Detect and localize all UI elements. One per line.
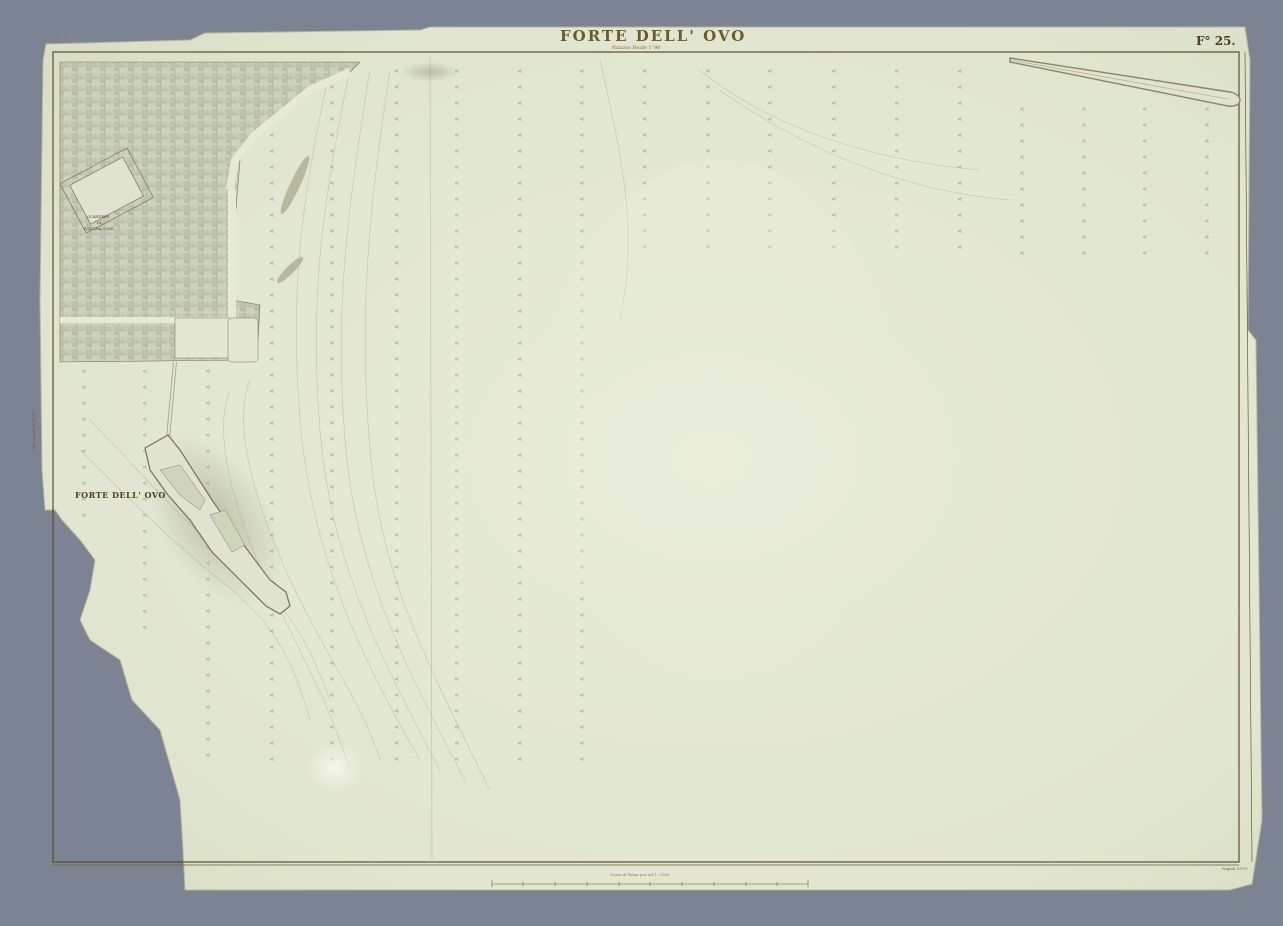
map-subtitle: Palazzo Reale 1°96: [612, 45, 660, 51]
sheet-number: F° 25.: [1196, 34, 1236, 48]
scale-caption: Scala di Palmi per ad 1: 2000: [610, 872, 670, 877]
svg-text:PIZZOFALCONE: PIZZOFALCONE: [84, 227, 114, 231]
place-label-forte-dell-ovo: FORTE DELL' OVO: [75, 490, 166, 500]
map-sheet: ııʃııʃııʃııʃııʃııʃııʃııʃııʃııʃııʃııʃııʃı…: [0, 0, 1283, 926]
map-title: FORTE DELL' OVO: [560, 27, 746, 45]
side-caption: Gio. Antonelli F. 67: [31, 411, 36, 450]
map-scan: ııʃııʃııʃııʃııʃııʃııʃııʃııʃııʃııʃııʃııʃı…: [0, 0, 1283, 926]
corner-label: L.G.: [60, 35, 79, 45]
svg-text:QUARTIERE: QUARTIERE: [87, 215, 110, 219]
svg-text:DI: DI: [97, 221, 102, 225]
printer-mark: Napoli 1879: [1222, 866, 1247, 871]
